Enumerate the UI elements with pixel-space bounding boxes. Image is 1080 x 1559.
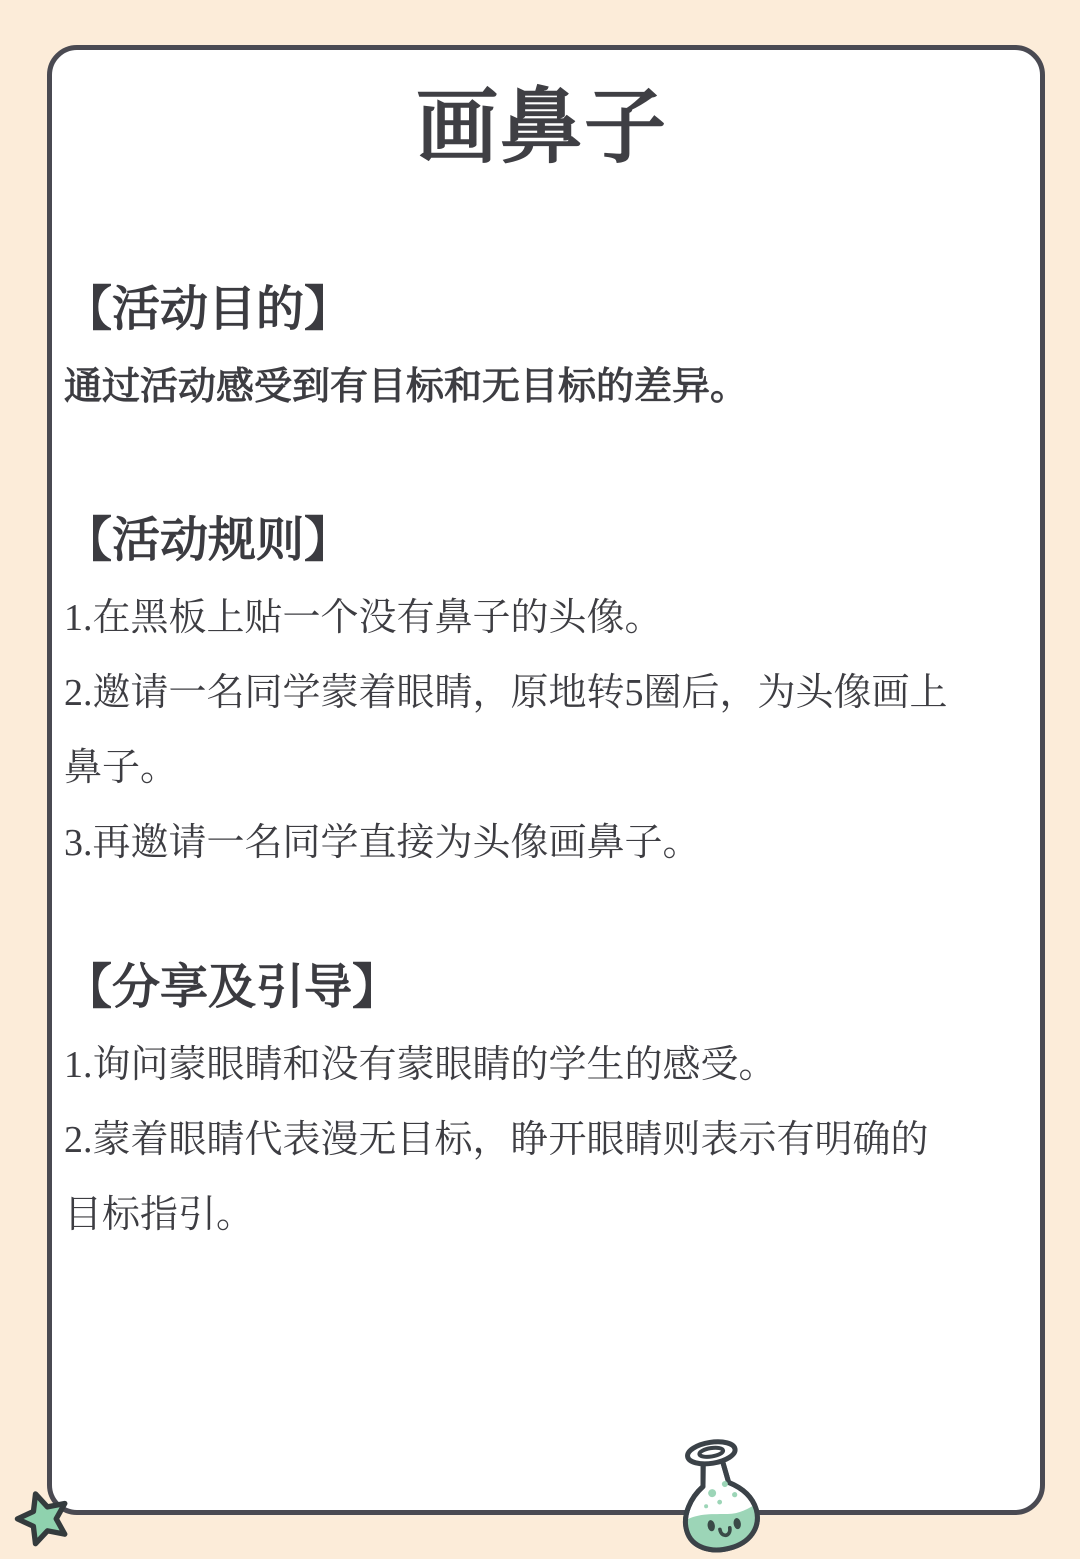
activity-card: 画鼻子 【活动目的】 通过活动感受到有目标和无目标的差异。 【活动规则】 1.在… bbox=[47, 45, 1045, 1515]
section-sharing: 【分享及引导】 1.询问蒙眼睛和没有蒙眼睛的学生的感受。 2.蒙着眼睛代表漫无目… bbox=[64, 958, 1020, 1253]
rule-line-3: 3.再邀请一名同学直接为头像画鼻子。 bbox=[64, 806, 1020, 881]
rule-line-1: 1.在黑板上贴一个没有鼻子的头像。 bbox=[64, 581, 1020, 656]
sharing-line-2-cont: 目标指引。 bbox=[64, 1178, 1020, 1253]
section-purpose: 【活动目的】 通过活动感受到有目标和无目标的差异。 bbox=[64, 280, 1020, 425]
page-background: { "page": { "title": "画鼻子" }, "theme": {… bbox=[0, 0, 1080, 1559]
sharing-line-2: 2.蒙着眼睛代表漫无目标，睁开眼睛则表示有明确的 bbox=[64, 1103, 1020, 1178]
section-rules: 【活动规则】 1.在黑板上贴一个没有鼻子的头像。 2.邀请一名同学蒙着眼睛，原地… bbox=[64, 511, 1020, 881]
rule-line-2: 2.邀请一名同学蒙着眼睛，原地转5圈后，为头像画上 bbox=[64, 656, 1020, 731]
purpose-line: 通过活动感受到有目标和无目标的差异。 bbox=[64, 350, 1020, 425]
section-purpose-heading: 【活动目的】 bbox=[64, 280, 1020, 340]
section-sharing-heading: 【分享及引导】 bbox=[64, 958, 1020, 1018]
rule-line-2-cont: 鼻子。 bbox=[64, 731, 1020, 806]
section-rules-heading: 【活动规则】 bbox=[64, 511, 1020, 571]
flask-icon bbox=[666, 1438, 774, 1556]
page-title: 画鼻子 bbox=[64, 84, 1020, 172]
star-icon bbox=[12, 1486, 74, 1548]
sharing-line-1: 1.询问蒙眼睛和没有蒙眼睛的学生的感受。 bbox=[64, 1028, 1020, 1103]
